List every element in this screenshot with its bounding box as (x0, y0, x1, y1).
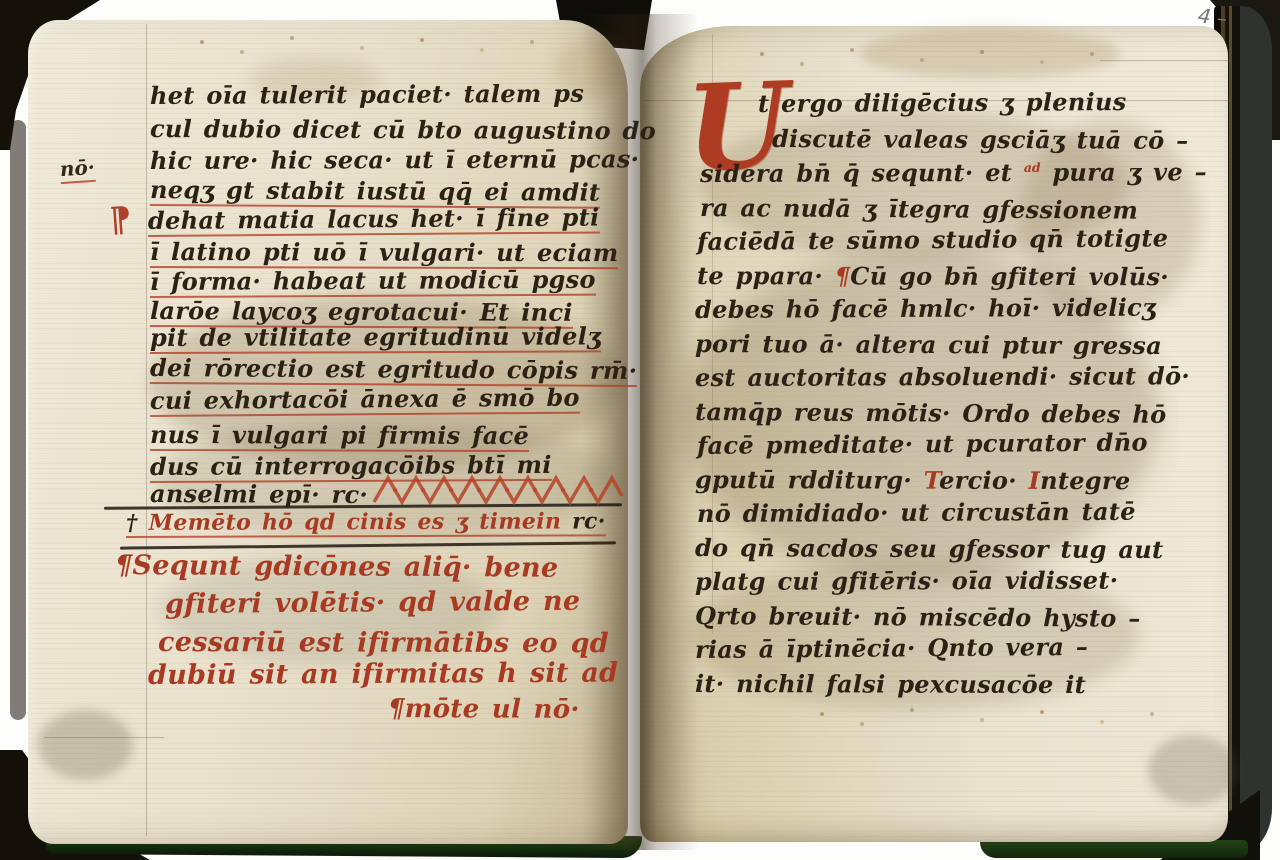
manuscript-text-line: ¶mōte ul nō· (388, 696, 580, 723)
text-segment: anselmi epī· rc· (150, 479, 368, 509)
manuscript-text-line: ra ac nudā ʒ ītegra gfessionem (700, 196, 1138, 223)
manuscript-text-line: nō dimidiado· ut circustān tatē (697, 500, 1136, 526)
stain (860, 28, 1120, 78)
manuscript-text-line: pit de vtilitate egritudinū videlʒ (150, 324, 601, 354)
manuscript-text-line: † Memēto hō qd cinis es ʒ timein rc· (126, 510, 606, 538)
text-segment: I (1029, 466, 1041, 495)
green-binding-bottom-right (980, 840, 1248, 858)
manuscript-text-line: it· nichil falsi pexcusacōe it (695, 672, 1086, 697)
text-segment: het oīa tulerit paciet· talem ps (150, 79, 584, 110)
text-segment: dei rōrectio est egritudo cōpis rm̄· (150, 353, 637, 385)
text-segment: est auctoritas absoluendi· sicut dō· (695, 361, 1190, 392)
text-segment: ī latino pti uō ī vulgari· ut eciam (150, 237, 619, 267)
foxing-spots (820, 712, 824, 716)
manuscript-text-line: anselmi epī· rc· (150, 482, 368, 507)
manuscript-text-line: gputū rdditurg· Tercio· Integre (695, 468, 1130, 493)
text-segment: discutē valeas gsciāʒ tuā cō – (772, 124, 1189, 155)
text-segment: ¶Sequnt gdicōnes aliq̄· bene (115, 550, 559, 584)
manuscript-text-line: cul dubio dicet cū bto augustino do (150, 117, 656, 143)
ruling-line-horizontal (44, 737, 164, 738)
text-segment: pit de vtilitate egritudinū videlʒ (150, 321, 601, 352)
manuscript-text-line: het oīa tulerit paciet· talem ps (150, 82, 584, 108)
foxing-spots (200, 40, 204, 44)
manuscript-photo: U ¶ nō· 4 – het oīa tulerit paciet· tale… (0, 0, 1280, 860)
text-segment: nō dimidiado· ut circustān tatē (697, 497, 1136, 528)
binding-left-edge (10, 120, 26, 720)
manuscript-text-line: t ergo diligēcius ʒ plenius (758, 90, 1127, 116)
text-segment: gputū rdditurg· (695, 465, 924, 495)
text-segment: pori tuo ā· altera cui ptur gressa (695, 329, 1162, 360)
manuscript-text-line: platg cui gfitēris· oīa vidisset· (695, 569, 1118, 594)
text-segment: rc· (561, 508, 606, 534)
text-segment: it· nichil falsi pexcusacōe it (695, 669, 1086, 699)
manuscript-text-line: discutē valeas gsciāʒ tuā cō – (772, 127, 1189, 153)
text-segment: dehat matia lacus het· ī fine pti (148, 202, 600, 235)
text-segment: ra ac nudā ʒ ītegra gfessionem (700, 193, 1138, 225)
capitulum-mark: ¶ (109, 199, 133, 240)
manuscript-text-line: rias ā īptinēcia· Qnto vera – (695, 635, 1088, 662)
text-segment: ¶ (835, 261, 851, 290)
text-segment: pura ʒ ve – (1041, 157, 1207, 187)
stain (38, 710, 133, 780)
text-segment: nus ī vulgari pi firmis facē (150, 420, 529, 450)
text-segment: dubiū sit an ifirmitas h sit ad (148, 658, 618, 691)
text-segment: Qrto breuit· nō miscēdo hysto – (695, 601, 1141, 633)
manuscript-text-line: facē pmeditate· ut pcurator dn̄o (697, 430, 1148, 458)
text-segment: debes hō facē hmlc· hoī· videlicʒ (695, 293, 1156, 324)
text-segment: hic ure· hic seca· ut ī eternū pcas· (150, 144, 639, 175)
ruling-line-vertical (146, 24, 147, 836)
text-segment: te ppara· (697, 261, 835, 290)
manuscript-text-line: sidera bn̄ q̄ sequnt· et ad pura ʒ ve – (700, 160, 1207, 186)
text-segment: Cū go bn̄ gfiteri volūs· (850, 261, 1169, 291)
manuscript-text-line: tamq̄p reus mōtis· Ordo debes hō (695, 400, 1167, 427)
text-segment: facē pmeditate· ut pcurator dn̄o (697, 427, 1148, 460)
text-segment: T (924, 466, 939, 495)
text-segment: faciēdā te sūmo studio qn̄ totigte (697, 223, 1168, 256)
text-segment: ¶mōte ul nō· (388, 694, 580, 725)
manuscript-text-line: cui exhortacōi ānexa ē smō bo (150, 386, 580, 417)
manuscript-text-line: ¶Sequnt gdicōnes aliq̄· bene (115, 552, 559, 582)
manuscript-text-line: faciēdā te sūmo studio qn̄ totigte (697, 226, 1168, 254)
manuscript-text-line: Qrto breuit· nō miscēdo hysto – (695, 604, 1141, 631)
manuscript-text-line: hic ure· hic seca· ut ī eternū pcas· (150, 147, 639, 173)
text-segment: do qn̄ sacdos seu gfessor tug aut (695, 533, 1164, 564)
stain (1148, 735, 1238, 805)
text-segment: t ergo diligēcius ʒ plenius (758, 87, 1127, 118)
text-segment: cul dubio dicet cū bto augustino do (150, 114, 656, 145)
text-segment: ad (1024, 160, 1041, 175)
manuscript-text-line: dubiū sit an ifirmitas h sit ad (148, 660, 618, 689)
text-segment: ī forma· habeat ut modicū pgso (150, 265, 596, 296)
manuscript-text-line: gfiteri volētis· qd valde ne (165, 588, 581, 618)
manuscript-text-line: est auctoritas absoluendi· sicut dō· (695, 364, 1190, 390)
marginal-note: nō· (59, 155, 96, 184)
text-segment: sidera bn̄ q̄ sequnt· et (700, 158, 1024, 188)
manuscript-text-line: ī forma· habeat ut modicū pgso (150, 268, 596, 298)
manuscript-text-line: nus ī vulgari pi firmis facē (150, 423, 529, 452)
ruling-line-horizontal (1100, 60, 1230, 61)
text-segment: dus cū interrogacōibs btī mi (150, 450, 552, 481)
text-segment: ercio· (939, 466, 1029, 495)
text-segment: ntegre (1040, 466, 1130, 495)
manuscript-text-line: do qn̄ sacdos seu gfessor tug aut (695, 536, 1164, 562)
manuscript-text-line: cessariū est ifirmātibs eo qd (158, 629, 609, 657)
manuscript-text-line: debes hō facē hmlc· hoī· videlicʒ (695, 296, 1156, 322)
text-segment: rias ā īptinēcia· Qnto vera – (695, 632, 1088, 664)
text-segment: † (126, 510, 149, 536)
folio-page-number: 4 – (1197, 3, 1229, 30)
text-segment: platg cui gfitēris· oīa vidisset· (695, 566, 1119, 596)
manuscript-text-line: dehat matia lacus het· ī fine pti (148, 205, 600, 237)
text-segment: cui exhortacōi ānexa ē smō bo (150, 383, 580, 415)
manuscript-text-line: te ppara· ¶Cū go bn̄ gfiteri volūs· (697, 264, 1169, 289)
text-segment: Memēto hō qd cinis es ʒ timein (149, 508, 561, 535)
text-segment: gfiteri volētis· qd valde ne (165, 586, 581, 620)
manuscript-text-line: pori tuo ā· altera cui ptur gressa (695, 332, 1162, 358)
text-segment: tamq̄p reus mōtis· Ordo debes hō (695, 397, 1167, 429)
text-segment: cessariū est ifirmātibs eo qd (158, 627, 609, 659)
